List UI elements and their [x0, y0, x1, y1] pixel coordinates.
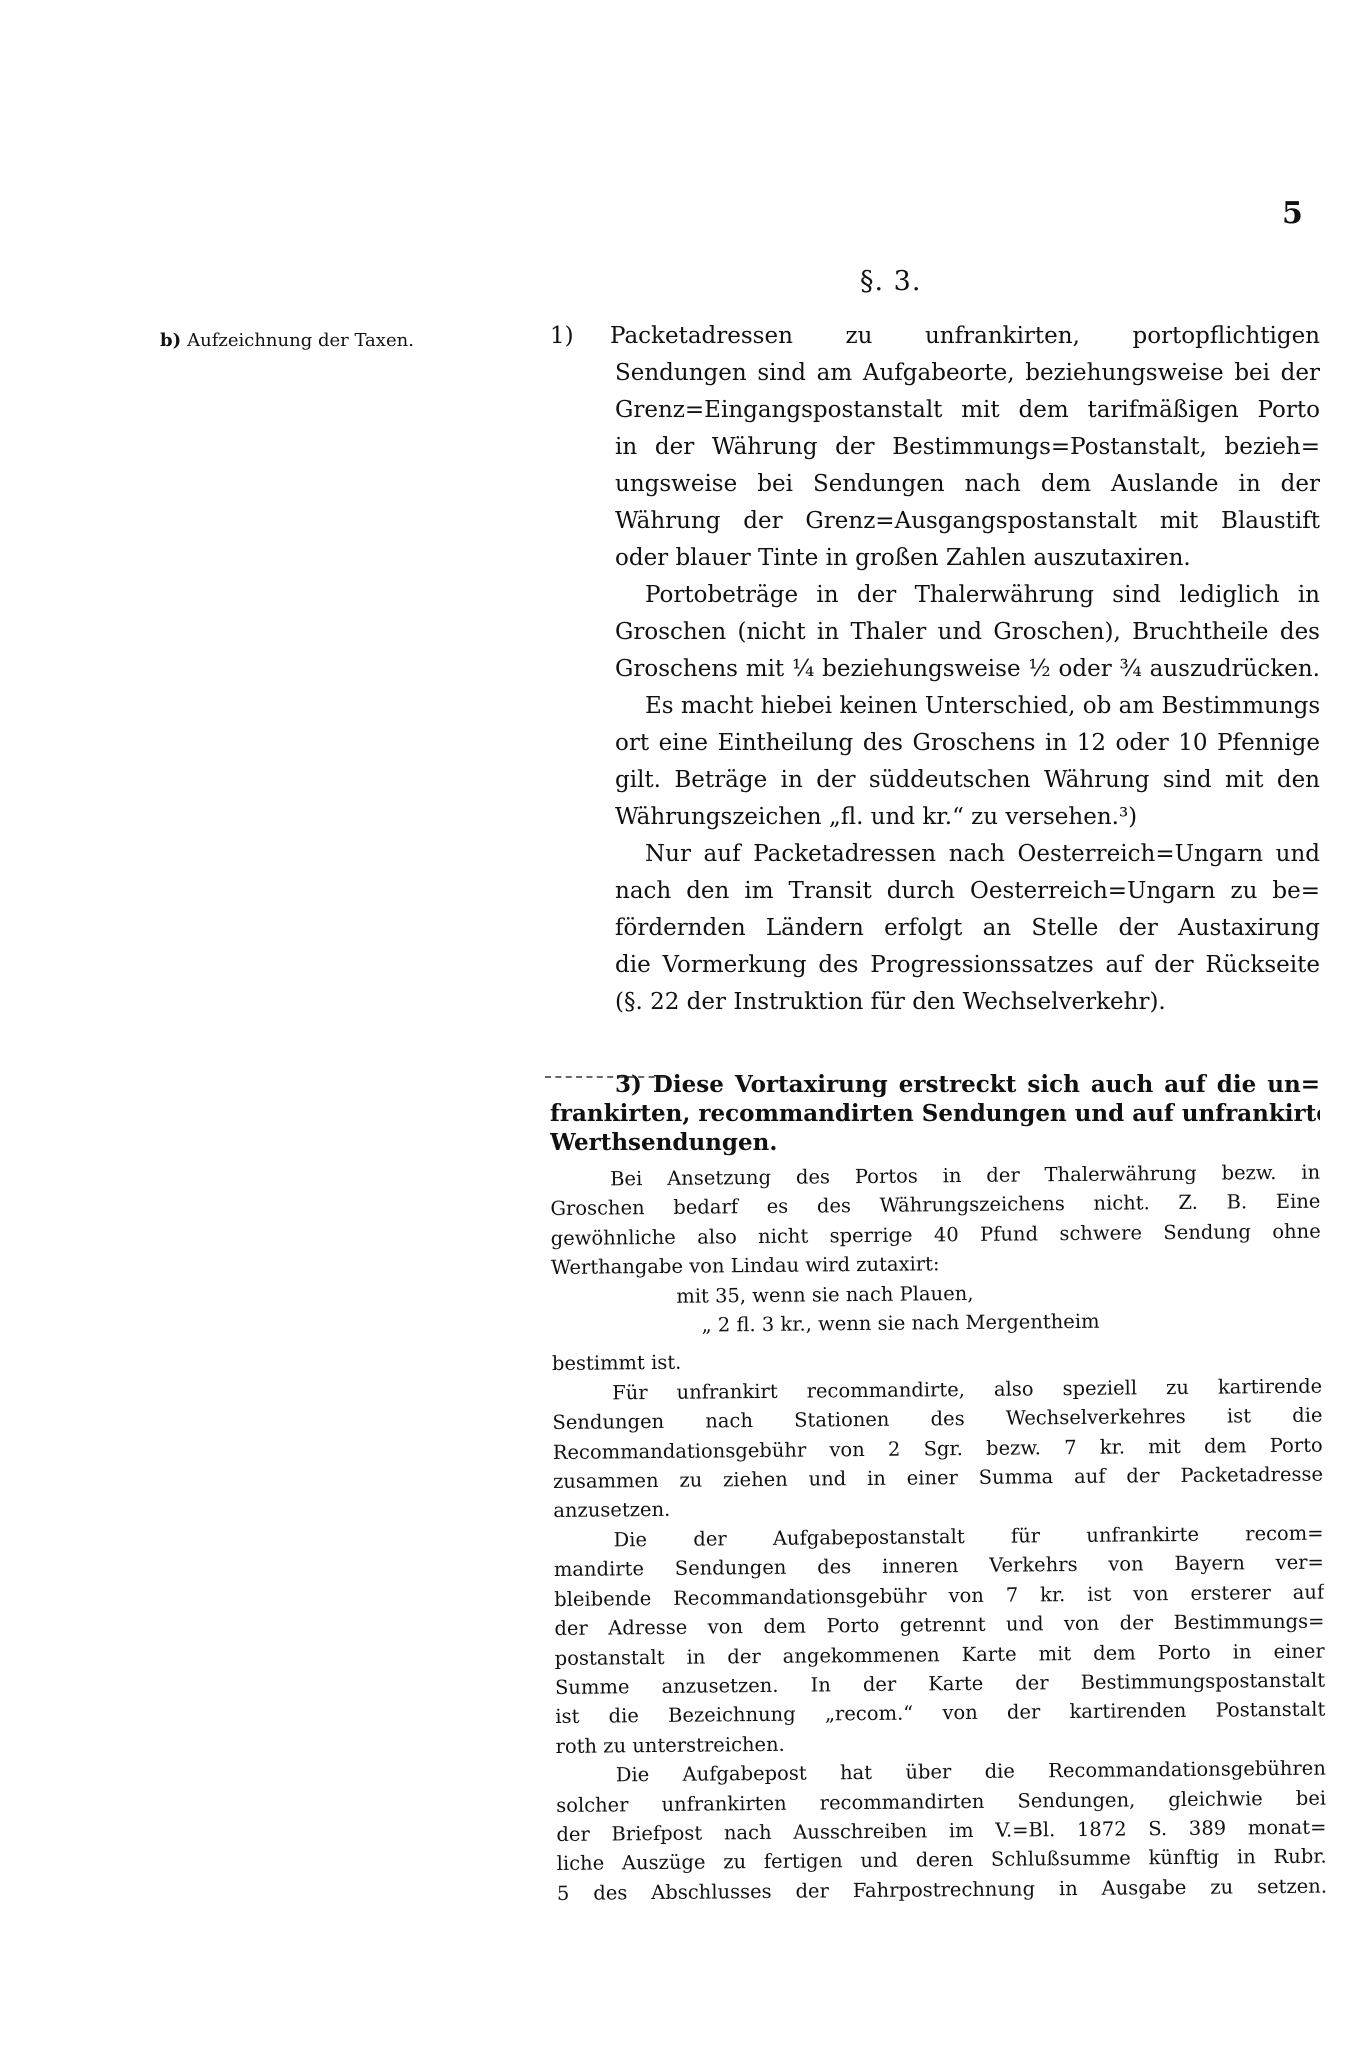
section-1-paragraph: Portobeträge in der Thalerwährung sind l…: [550, 577, 1320, 688]
section-3-body: Bei Ansetzung des Portos in der Thalerwä…: [550, 1158, 1327, 1909]
text-line: Währungszeichen „fl. und kr.“ zu versehe…: [550, 799, 1320, 836]
item-number: 1): [550, 318, 610, 355]
section-heading: §. 3.: [860, 266, 921, 297]
text-line: 5 des Abschlusses der Fahrpostrechnung i…: [557, 1871, 1327, 1908]
text-line: Groschen (nicht in Thaler und Groschen),…: [550, 614, 1320, 651]
section-1: 1)Packetadressen zu unfrankirten, portop…: [550, 318, 1320, 1021]
heading-line: Werthsendungen.: [550, 1128, 1320, 1157]
text-line: die Vormerkung des Progressionssatzes au…: [550, 947, 1320, 984]
section-3-paragraph: Die der Aufgabepostanstalt für unfrankir…: [553, 1518, 1325, 1761]
text-line: ungsweise bei Sendungen nach dem Ausland…: [550, 466, 1320, 503]
example-line: „ 2 fl. 3 kr., wenn sie nach Mergentheim: [551, 1305, 1321, 1342]
section-1-paragraph: 1)Packetadressen zu unfrankirten, portop…: [550, 318, 1320, 577]
text-line: fördernden Ländern erfolgt an Stelle der…: [550, 910, 1320, 947]
text-line: Portobeträge in der Thalerwährung sind l…: [550, 577, 1320, 614]
section-1-paragraph: Es macht hiebei keinen Unterschied, ob a…: [550, 688, 1320, 836]
text-line: Grenz=Eingangspostanstalt mit dem tarifm…: [550, 392, 1320, 429]
text-line: nach den im Transit durch Oesterreich=Un…: [550, 873, 1320, 910]
section-3-paragraph: Bei Ansetzung des Portos in der Thalerwä…: [550, 1158, 1322, 1379]
text-line: Währung der Grenz=Ausgangspostanstalt mi…: [550, 503, 1320, 540]
text-line: oder blauer Tinte in großen Zahlen auszu…: [550, 540, 1320, 577]
text-line: (§. 22 der Instruktion für den Wechselve…: [550, 984, 1320, 1021]
section-3-heading: 3) Diese Vortaxirung erstreckt sich auch…: [550, 1070, 1320, 1157]
text-line: Es macht hiebei keinen Unterschied, ob a…: [550, 688, 1320, 725]
heading-line: 3) Diese Vortaxirung erstreckt sich auch…: [550, 1070, 1320, 1099]
section-3-paragraph: Für unfrankirt recommandirte, also spezi…: [552, 1371, 1323, 1525]
margin-note: b)Aufzeichnung der Taxen.: [160, 330, 414, 351]
section-3-paragraph: Die Aufgabepost hat über die Recommandat…: [556, 1754, 1327, 1908]
text-line: 1)Packetadressen zu unfrankirten, portop…: [550, 318, 1320, 355]
page-number: 5: [1282, 196, 1303, 231]
text-line: gilt. Beträge in der süddeutschen Währun…: [550, 762, 1320, 799]
text-line: Nur auf Packetadressen nach Oesterreich=…: [550, 836, 1320, 873]
text-line: ort eine Eintheilung des Groschens in 12…: [550, 725, 1320, 762]
text-line: Groschens mit ¼ beziehungsweise ½ oder ¾…: [550, 651, 1320, 688]
text-line: in der Währung der Bestimmungs=Postansta…: [550, 429, 1320, 466]
margin-note-label: b): [160, 330, 181, 351]
text-line: Sendungen sind am Aufgabeorte, beziehung…: [550, 355, 1320, 392]
heading-line: frankirten, recommandirten Sendungen und…: [550, 1099, 1320, 1128]
section-1-paragraph: Nur auf Packetadressen nach Oesterreich=…: [550, 836, 1320, 1021]
margin-note-text: Aufzeichnung der Taxen.: [187, 330, 414, 351]
